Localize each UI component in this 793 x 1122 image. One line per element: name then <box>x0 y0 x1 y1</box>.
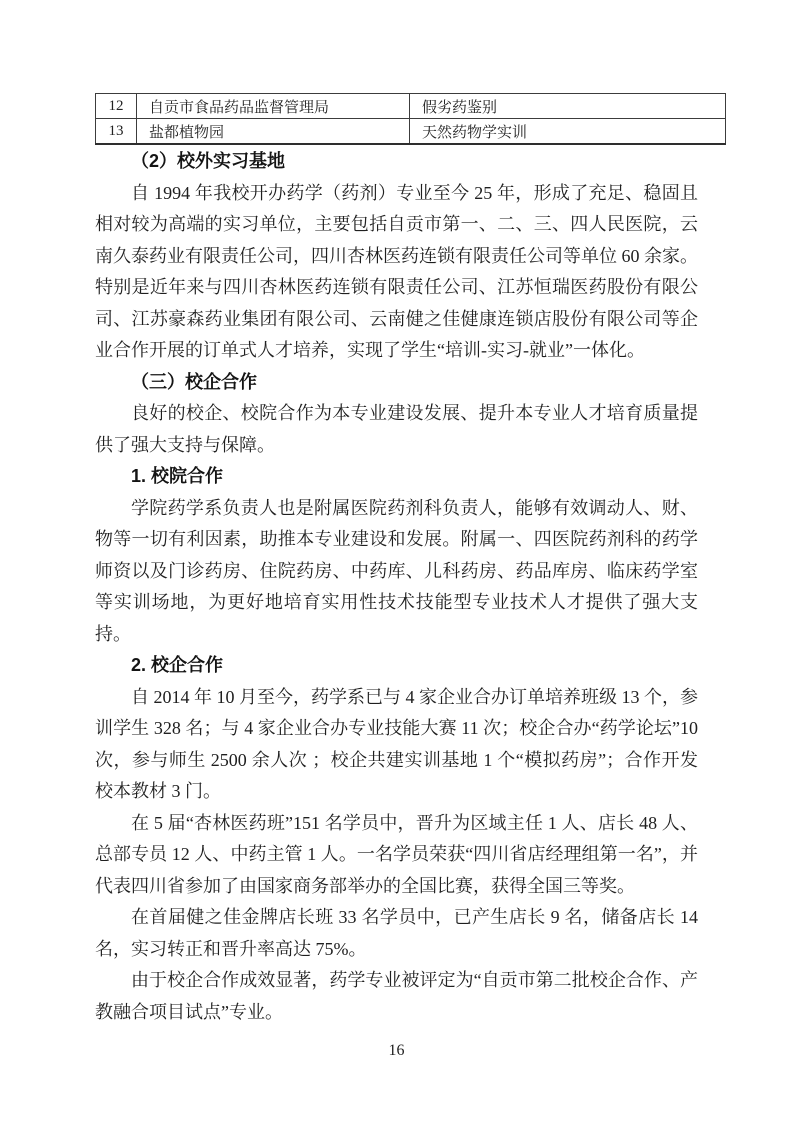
subsection-heading-school-hospital-cooperation: 1. 校院合作 <box>95 461 698 493</box>
body-paragraph: 自 1994 年我校开办药学（药剂）专业至今 25 年，形成了充足、稳固且相对较… <box>95 178 698 367</box>
body-paragraph: 在首届健之佳金牌店长班 33 名学员中，已产生店长 9 名，储备店长 14 名，… <box>95 902 698 965</box>
subsection-heading-school-enterprise-cooperation: 2. 校企合作 <box>95 650 698 682</box>
body-paragraph: 良好的校企、校院合作为本专业建设发展、提升本专业人才培育质量提供了强大支持与保障… <box>95 398 698 461</box>
row-index-cell: 13 <box>96 119 137 145</box>
training-content-cell: 天然药物学实训 <box>410 119 726 145</box>
training-content-cell: 假劣药鉴别 <box>410 94 726 119</box>
body-paragraph: 在 5 届“杏林医药班”151 名学员中，晋升为区域主任 1 人、店长 48 人… <box>95 808 698 903</box>
page-number: 16 <box>0 1042 793 1060</box>
section-heading-school-enterprise-cooperation: （三）校企合作 <box>95 367 698 399</box>
table-row: 13 盐都植物园 天然药物学实训 <box>96 119 726 145</box>
document-body: （2）校外实习基地 自 1994 年我校开办药学（药剂）专业至今 25 年，形成… <box>95 146 698 1028</box>
external-practice-base-table: 12 自贡市食品药品监督管理局 假劣药鉴别 13 盐都植物园 天然药物学实训 <box>95 93 726 145</box>
row-index-cell: 12 <box>96 94 137 119</box>
table-row: 12 自贡市食品药品监督管理局 假劣药鉴别 <box>96 94 726 119</box>
organization-cell: 盐都植物园 <box>137 119 410 145</box>
body-paragraph: 学院药学系负责人也是附属医院药剂科负责人，能够有效调动人、财、物等一切有利因素，… <box>95 493 698 651</box>
organization-cell: 自贡市食品药品监督管理局 <box>137 94 410 119</box>
section-heading-off-campus-practice-base: （2）校外实习基地 <box>95 146 698 178</box>
body-paragraph: 由于校企合作成效显著，药学专业被评定为“自贡市第二批校企合作、产教融合项目试点”… <box>95 965 698 1028</box>
document-page: 12 自贡市食品药品监督管理局 假劣药鉴别 13 盐都植物园 天然药物学实训 （… <box>0 0 793 1122</box>
body-paragraph: 自 2014 年 10 月至今，药学系已与 4 家企业合办订单培养班级 13 个… <box>95 682 698 808</box>
